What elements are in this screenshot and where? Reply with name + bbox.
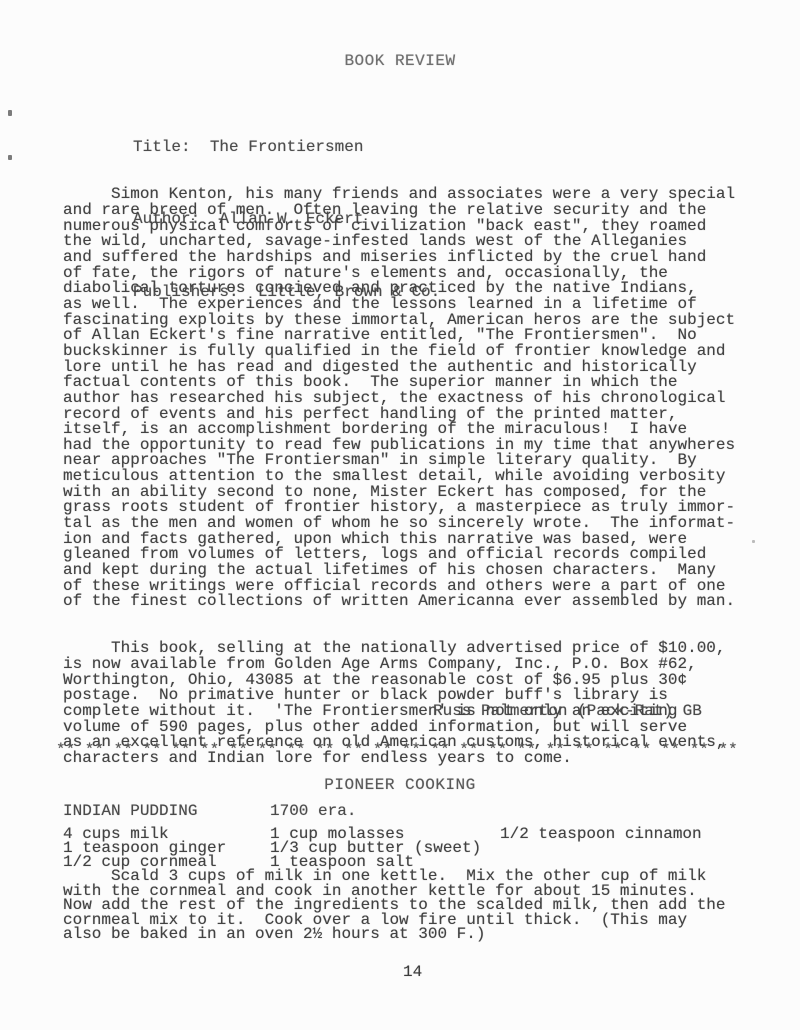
ingredient-cell xyxy=(500,841,753,855)
review-paragraph-1: Simon Kenton, his many friends and assoc… xyxy=(63,187,753,610)
recipe-header-row: INDIAN PUDDING 1700 era. xyxy=(63,802,753,818)
ingredient-cell: 1/2 teaspoon cinnamon xyxy=(500,827,753,841)
section-divider: ** ** ** ** ** ** ** ** ** ** ** ** ** *… xyxy=(56,741,756,759)
scan-artifact xyxy=(752,540,755,543)
document-header: BOOK REVIEW xyxy=(0,52,800,70)
scan-artifact xyxy=(8,155,12,160)
scanned-document-page: BOOK REVIEW Title: The Frontiersmen Auth… xyxy=(0,0,800,1030)
review-signature: Russ Palmerton (Pack-Rat) GB xyxy=(433,702,702,720)
scan-artifact xyxy=(8,110,12,116)
recipe-directions: Scald 3 cups of milk in one kettle. Mix … xyxy=(63,869,753,942)
pioneer-cooking-section-title: PIONEER COOKING xyxy=(0,776,800,794)
recipe-era: 1700 era. xyxy=(270,802,356,820)
page-number: 14 xyxy=(403,963,422,981)
ingredients-grid: 4 cups milk 1 cup molasses 1/2 teaspoon … xyxy=(63,827,753,870)
recipe-name: INDIAN PUDDING xyxy=(63,802,197,820)
